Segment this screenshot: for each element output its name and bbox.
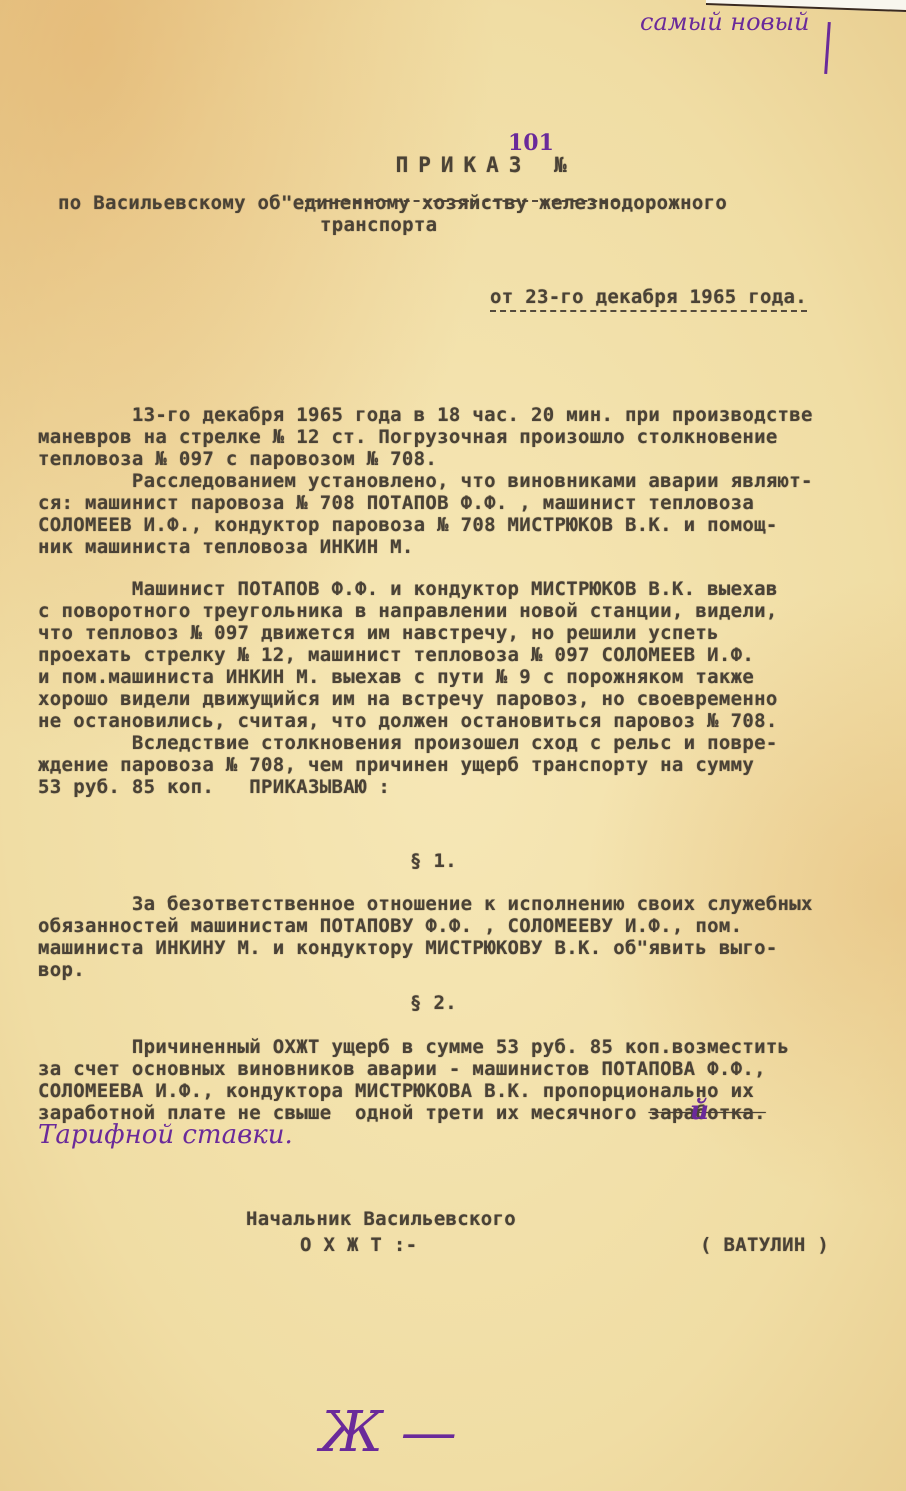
section-2-text: Причиненный ОХЖТ ущерб в сумме 53 руб. 8… [38,1036,878,1124]
text-line: ждение паровоза № 708, чем причинен ущер… [38,754,878,776]
text-line: За безответственное отношение к исполнен… [38,893,878,915]
paragraph-details: Машинист ПОТАПОВ Ф.Ф. и кондуктор МИСТРЮ… [38,578,878,798]
paragraph-incident: 13-го декабря 1965 года в 18 час. 20 мин… [38,404,878,558]
text-line: что тепловоз № 097 движется им навстречу… [38,622,878,644]
handwritten-insert: Тарифной ставки. [38,1120,293,1150]
text-line: не остановились, считая, что должен оста… [38,710,878,732]
text-line: машиниста ИНКИНУ М. и кондуктору МИСТРЮК… [38,937,878,959]
text-line: Вследствие столкновения произошел сход с… [38,732,878,754]
text-line: вор. [38,959,878,981]
handwritten-initials: Ж — [320,1400,457,1465]
text-line: Причиненный ОХЖТ ущерб в сумме 53 руб. 8… [38,1036,878,1058]
document-page: самый новый ПРИКАЗ № 101 по Васильевском… [0,0,906,1491]
text-line: СОЛОМЕЕВ И.Ф., кондуктор паровоза № 708 … [38,514,878,536]
correction-mark: й [690,1096,709,1126]
text-line: тепловоза № 097 с паровозом № 708. [38,448,878,470]
signature-name: ( ВАТУЛИН ) [700,1234,829,1256]
signature-position-line2: О Х Ж Т :- [300,1234,417,1256]
text-line: СОЛОМЕЕВА И.Ф., кондуктора МИСТРЮКОВА В.… [38,1080,878,1102]
section-1-heading: § 1. [410,850,457,872]
text-line: проехать стрелку № 12, машинист тепловоз… [38,644,878,666]
text-line: ся: машинист паровоза № 708 ПОТАПОВ Ф.Ф.… [38,492,878,514]
text-line: ник машиниста тепловоза ИНКИН М. [38,536,878,558]
order-subtitle-line2: транспорта [320,214,437,236]
text-line: обязанностей машинистам ПОТАПОВУ Ф.Ф. , … [38,915,878,937]
order-date: от 23-го декабря 1965 года. [490,286,807,312]
text-line: с поворотного треугольника в направлении… [38,600,878,622]
section-1-text: За безответственное отношение к исполнен… [38,893,878,981]
text-line: Расследованием установлено, что виновник… [38,470,878,492]
text-line: хорошо видели движущийся им на встречу п… [38,688,878,710]
order-number-handwritten: 101 [508,130,554,156]
order-title-text: ПРИКАЗ № [396,153,577,177]
handwritten-note-top: самый новый [640,8,810,36]
text-line: маневров на стрелке № 12 ст. Погрузочная… [38,426,878,448]
signature-position-line1: Начальник Васильевского [246,1208,516,1230]
section-2-heading: § 2. [410,992,457,1014]
text-line: и пом.машиниста ИНКИН М. выехав с пути №… [38,666,878,688]
text-line: за счет основных виновников аварии - маш… [38,1058,878,1080]
text-line: 13-го декабря 1965 года в 18 час. 20 мин… [38,404,878,426]
text-line: Машинист ПОТАПОВ Ф.Ф. и кондуктор МИСТРЮ… [38,578,878,600]
order-subtitle-line1: по Васильевскому об"единенному хозяйству… [58,192,727,214]
text-line: 53 руб. 85 коп. ПРИКАЗЫВАЮ : [38,776,878,798]
handwritten-stroke [824,22,831,74]
